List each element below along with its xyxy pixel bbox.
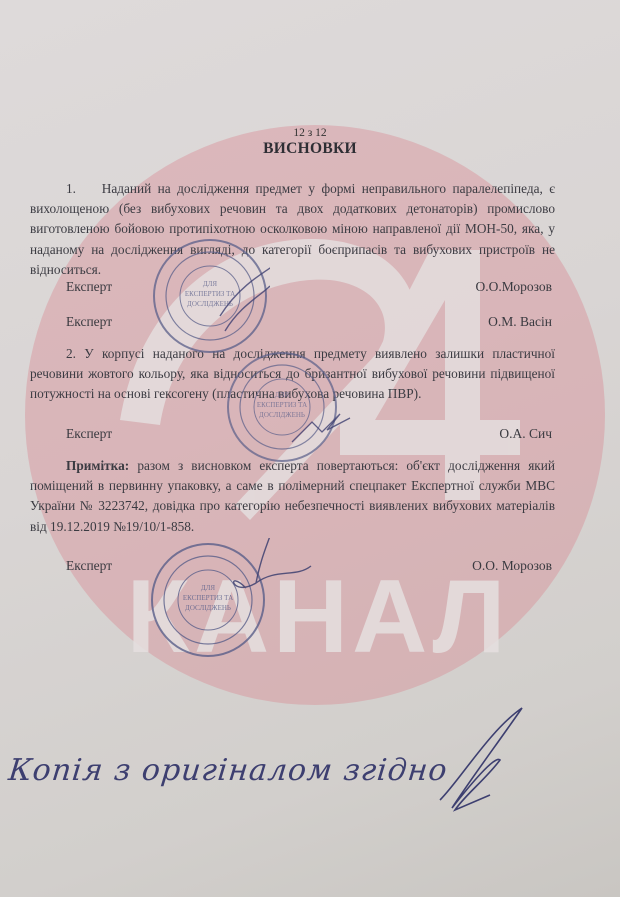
conclusion-1-text: Наданий на дослідження предмет у формі н… bbox=[30, 181, 555, 277]
signature-name: О.О.Морозов bbox=[475, 279, 552, 295]
page-indicator: 12 з 12 bbox=[0, 127, 620, 139]
signature-role: Експерт bbox=[66, 426, 112, 442]
document-title: ВИСНОВКИ bbox=[0, 140, 620, 158]
conclusion-2-number: 2. bbox=[66, 346, 76, 361]
signature-name: О.М. Васін bbox=[488, 314, 552, 330]
note-paragraph: Примітка: разом з висновком експерта пов… bbox=[30, 456, 555, 537]
signature-name: О.А. Сич bbox=[499, 426, 552, 442]
signature-role: Експерт bbox=[66, 279, 112, 295]
document-page: 12 з 12 ВИСНОВКИ 1. Наданий на досліджен… bbox=[0, 0, 620, 897]
conclusion-2: 2. У корпусі наданого на дослідження пре… bbox=[30, 344, 555, 405]
signature-role: Експерт bbox=[66, 314, 112, 330]
conclusion-1: 1. Наданий на дослідження предмет у форм… bbox=[30, 179, 555, 280]
signature-role: Експерт bbox=[66, 558, 112, 574]
conclusion-1-number: 1. bbox=[66, 181, 76, 196]
note-label: Примітка: bbox=[66, 458, 129, 473]
conclusion-2-text: У корпусі наданого на дослідження предме… bbox=[30, 346, 555, 401]
signature-name: О.О. Морозов bbox=[472, 558, 552, 574]
